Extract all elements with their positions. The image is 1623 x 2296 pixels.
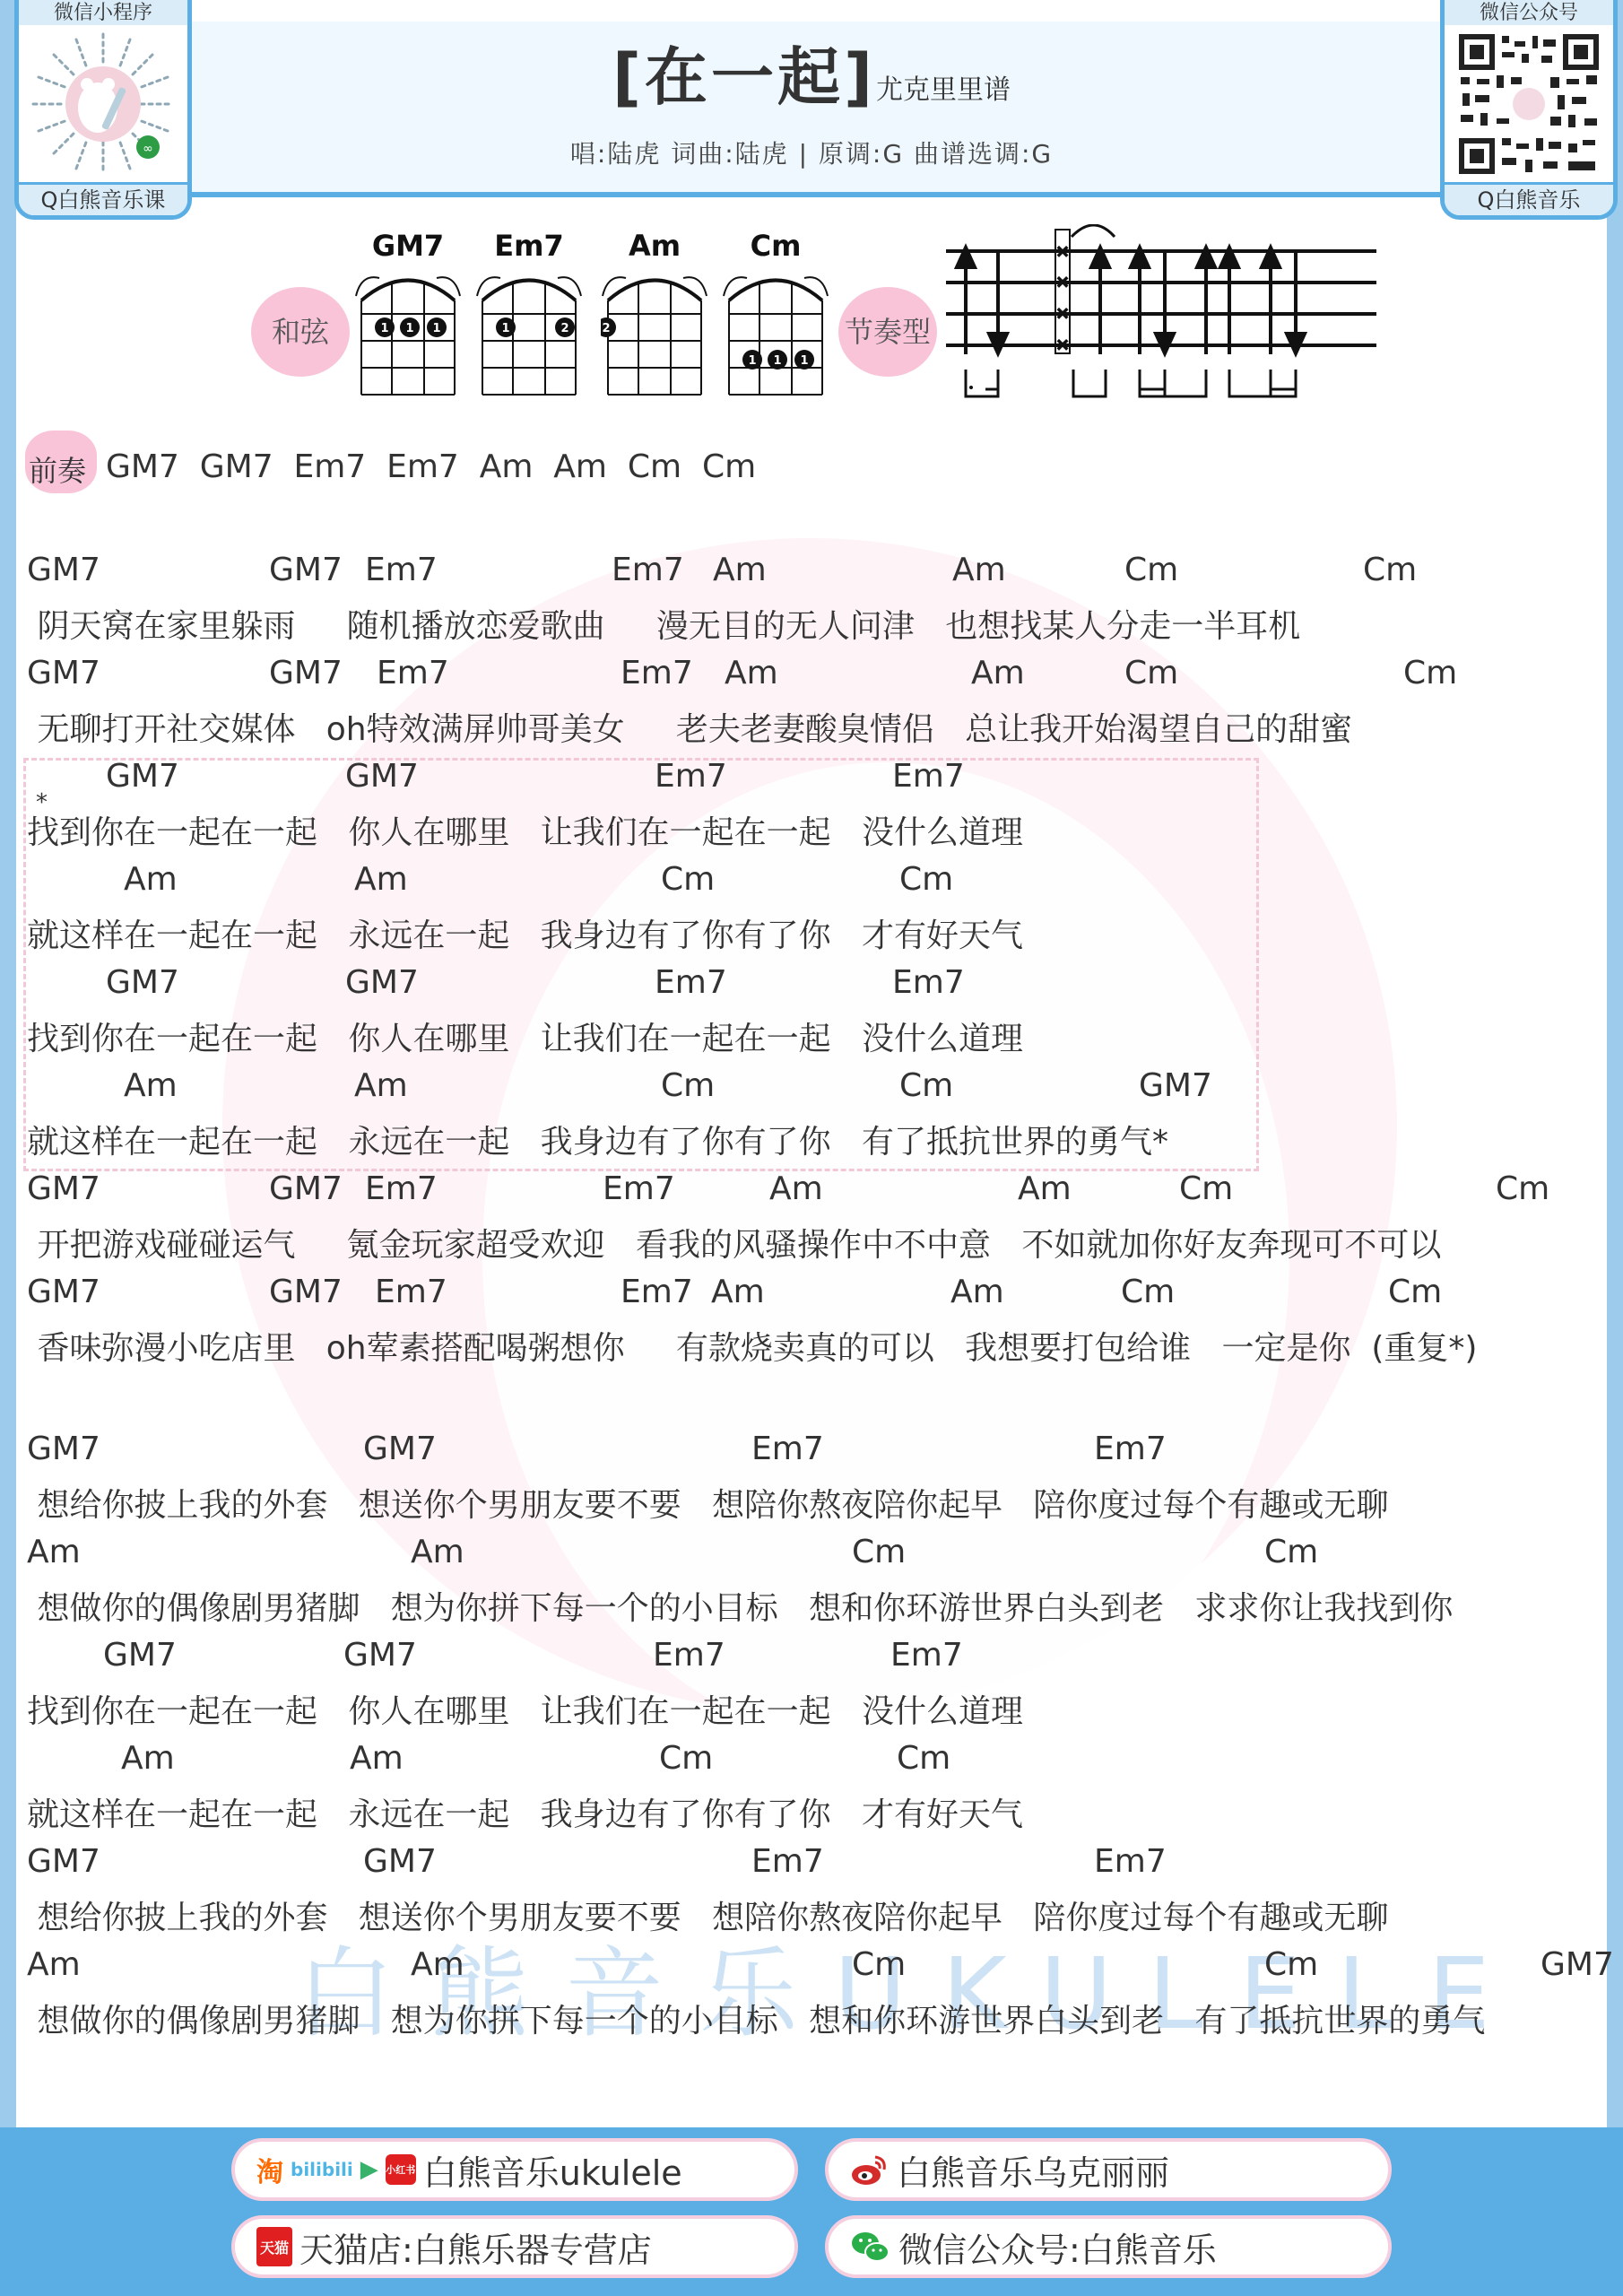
tmall-icon: 天猫 [256,2227,292,2266]
chord-label: Am [1018,1170,1072,1207]
chord-label: Cm [899,1067,953,1104]
footer-wechat-button[interactable]: 微信公众号:白熊音乐 [825,2215,1392,2278]
chord-label: Am [971,655,1025,691]
footer-button-label: 天猫店:白熊乐器专营店 [299,2222,652,2272]
chord-label: Em7 [892,964,965,1001]
chord-label: Em7 [621,1274,693,1310]
svg-text:1: 1 [800,354,808,368]
chord-label: Am [121,1740,175,1777]
song-title: [在一起]尤克里里谱 [0,27,1623,117]
lyric-line: 想做你的偶像剧男猪脚 想为你拼下每一个的小目标 想和你环游世界白头到老 有了抵抗… [27,1996,1485,2041]
weibo-icon [850,2152,890,2187]
chord-label: GM7 [345,964,419,1001]
chord-label: Em7 [375,1274,447,1310]
chord-label: Cm [852,1946,906,1983]
chord-label: GM7 [269,552,343,588]
lyric-line: 想给你披上我的外套 想送你个男朋友要不要 想陪你熬夜陪你起早 陪你度过每个有趣或… [27,1892,1388,1938]
chord-label: Cm [1388,1274,1442,1310]
chord-label: Am [27,1946,81,1983]
lyric-line: 想给你披上我的外套 想送你个男朋友要不要 想陪你熬夜陪你起早 陪你度过每个有趣或… [27,1480,1388,1526]
svg-text:1: 1 [748,354,756,368]
chord-label: Cm [1264,1534,1318,1570]
chord-name: GM7 [354,229,462,265]
chord-label: Am [950,1274,1004,1310]
chord-label: Em7 [603,1170,675,1207]
svg-text:×: × [1055,304,1069,323]
chord-label: GM7 [27,1274,100,1310]
lyric-line: 就这样在一起在一起 永远在一起 我身边有了你有了你 才有好天气 [27,910,1023,956]
title-suffix: 尤克里里谱 [876,74,1011,106]
song-meta: 唱:陆虎 词曲:陆虎 | 原调:G 曲谱选调:G [0,135,1623,170]
chord-label: GM7 [106,758,179,795]
chord-label: Em7 [655,758,727,795]
lyric-line: 就这样在一起在一起 永远在一起 我身边有了你有了你 有了抵抗世界的勇气* [27,1117,1168,1162]
svg-text:∞: ∞ [143,142,153,156]
chord-label: GM7 [1541,1946,1614,1983]
footer-button-label: 白熊音乐乌克丽丽 [897,2145,1169,2195]
chord-label: Cm [1121,1274,1175,1310]
lyric-line: 开把游戏碰碰运气 氪金玩家超受欢迎 看我的风骚操作中不中意 不如就加你好友奔现可… [27,1220,1441,1265]
chord-diagram-em7: Em7 12 [475,229,583,403]
fretboard-icon: 12 [475,265,583,399]
svg-text:2: 2 [560,322,568,335]
svg-text:2: 2 [602,322,610,335]
chord-label: Am [713,552,767,588]
chord-diagram-gm7: GM7 111 [354,229,462,403]
chord-label: Am [711,1274,765,1310]
chord-label: Cm [899,861,953,898]
chord-label: Am [350,1740,404,1777]
footer-button-label: 微信公众号:白熊音乐 [898,2222,1217,2272]
chord-label: GM7 [27,1843,100,1880]
intro-chords: GM7 GM7 Em7 Em7 Am Am Cm Cm [106,448,756,485]
svg-text:1: 1 [405,322,413,335]
chord-label: GM7 [269,1170,343,1207]
chord-label: GM7 [269,655,343,691]
chord-label: Em7 [751,1843,824,1880]
chord-label: Am [769,1170,823,1207]
rhythm-section-label: 节奏型 [845,315,931,349]
strumming-pattern-icon: ×××× [946,224,1376,413]
svg-text:1: 1 [773,354,781,368]
chord-name: Cm [722,229,829,265]
video-play-icon: ▶ [360,2156,378,2183]
chord-label: GM7 [27,655,100,691]
intro-label: 前奏 [29,448,86,490]
svg-text:×: × [1055,273,1069,291]
chord-label: GM7 [27,552,100,588]
chord-section-badge: 和弦 [251,287,350,377]
chord-name: Am [601,229,708,265]
svg-text:×: × [1055,335,1069,354]
chord-diagram-cm: Cm 111 [722,229,829,403]
chord-label: Am [411,1946,464,1983]
chord-label: Cm [661,861,715,898]
chord-label: GM7 [363,1431,437,1467]
chord-label: Cm [1124,655,1178,691]
chord-label: Am [725,655,778,691]
right-border [1607,0,1623,2127]
chord-label: GM7 [106,964,179,1001]
official-account-qr-card[interactable]: 微信公众号 Q白熊音乐 [1440,0,1618,220]
svg-text:1: 1 [432,322,440,335]
fretboard-icon: 2 [601,265,708,399]
chord-label: GM7 [103,1637,177,1674]
lyric-line: 找到你在一起在一起 你人在哪里 让我们在一起在一起 没什么道理 [27,1686,1023,1732]
chord-label: Cm [659,1740,713,1777]
title-text: [在一起] [612,40,876,114]
qr-caption: 微信小程序 [19,0,187,25]
chord-label: Cm [1496,1170,1549,1207]
chord-label: Am [952,552,1006,588]
lyric-line: 找到你在一起在一起 你人在哪里 让我们在一起在一起 没什么道理 [27,807,1023,853]
repeat-marker: * [36,789,48,816]
bilibili-icon: bilibili [291,2159,353,2180]
chord-label: Am [124,1067,178,1104]
qr-code-icon [1457,32,1601,176]
chord-label: Em7 [1094,1431,1167,1467]
lyric-line: 就这样在一起在一起 永远在一起 我身边有了你有了你 才有好天气 [27,1789,1023,1835]
chord-name: Em7 [475,229,583,265]
chord-label: Am [354,861,408,898]
mini-program-code-icon: ∞ [31,32,175,176]
chord-label: Em7 [621,655,693,691]
taobao-icon: 淘 [256,2150,283,2189]
chord-label: Cm [1403,655,1457,691]
chord-label: Cm [897,1740,950,1777]
qr-caption: 微信公众号 [1445,0,1613,25]
footer-social-video-button[interactable]: 淘 bilibili ▶ 小红书 白熊音乐ukulele [231,2138,798,2201]
lyric-line: 找到你在一起在一起 你人在哪里 让我们在一起在一起 没什么道理 [27,1013,1023,1059]
chord-label: Em7 [612,552,684,588]
fretboard-icon: 111 [722,265,829,399]
chord-label: Em7 [365,1170,438,1207]
wechat-icon [850,2229,891,2265]
qr-footer: Q白熊音乐课 [19,182,187,215]
chord-diagram-am: Am 2 [601,229,708,403]
xiaohongshu-icon: 小红书 [386,2154,416,2185]
chord-label: Em7 [377,655,449,691]
rhythm-section-badge: 节奏型 [838,287,937,377]
svg-text:1: 1 [380,322,388,335]
chord-label: GM7 [345,758,419,795]
footer-button-label: 白熊音乐ukulele [423,2145,682,2195]
chord-label: GM7 [343,1637,417,1674]
chord-label: Am [354,1067,408,1104]
chord-label: GM7 [269,1274,343,1310]
chord-label: Am [27,1534,81,1570]
svg-text:1: 1 [501,322,509,335]
chord-label: Cm [1179,1170,1233,1207]
footer-tmall-button[interactable]: 天猫 天猫店:白熊乐器专营店 [231,2215,798,2278]
qr-footer: Q白熊音乐 [1445,182,1613,215]
chord-label: Em7 [890,1637,963,1674]
chord-label: Em7 [1094,1843,1167,1880]
chord-label: Cm [1363,552,1417,588]
left-border [0,0,16,2127]
svg-text:×: × [1055,242,1069,261]
lyric-line: 香味弥漫小吃店里 oh荤素搭配喝粥想你 有款烧卖真的可以 我想要打包给谁 一定是… [27,1323,1477,1369]
chord-label: GM7 [27,1431,100,1467]
chord-label: Em7 [653,1637,725,1674]
chord-label: Em7 [655,964,727,1001]
chord-label: Am [411,1534,464,1570]
chord-label: Am [124,861,178,898]
lyric-line: 无聊打开社交媒体 oh特效满屏帅哥美女 老夫老妻酸臭情侣 总让我开始渴望自己的甜… [27,704,1352,750]
chord-label: Em7 [892,758,965,795]
chord-label: Em7 [365,552,438,588]
chord-label: GM7 [1139,1067,1212,1104]
chord-label: Cm [661,1067,715,1104]
chord-label: GM7 [27,1170,100,1207]
footer-weibo-button[interactable]: 白熊音乐乌克丽丽 [825,2138,1392,2201]
chord-label: Cm [852,1534,906,1570]
mini-program-qr-card[interactable]: 微信小程序 ∞ Q白熊音乐课 [14,0,192,220]
lyric-line: 阴天窝在家里躲雨 随机播放恋爱歌曲 漫无目的无人问津 也想找某人分走一半耳机 [27,601,1300,647]
chord-label: Cm [1264,1946,1318,1983]
chord-section-label: 和弦 [272,315,329,349]
chord-label: GM7 [363,1843,437,1880]
chord-label: Cm [1124,552,1178,588]
lyric-line: 想做你的偶像剧男猪脚 想为你拼下每一个的小目标 想和你环游世界白头到老 求求你让… [27,1583,1453,1629]
fretboard-icon: 111 [354,265,462,399]
chord-label: Em7 [751,1431,824,1467]
